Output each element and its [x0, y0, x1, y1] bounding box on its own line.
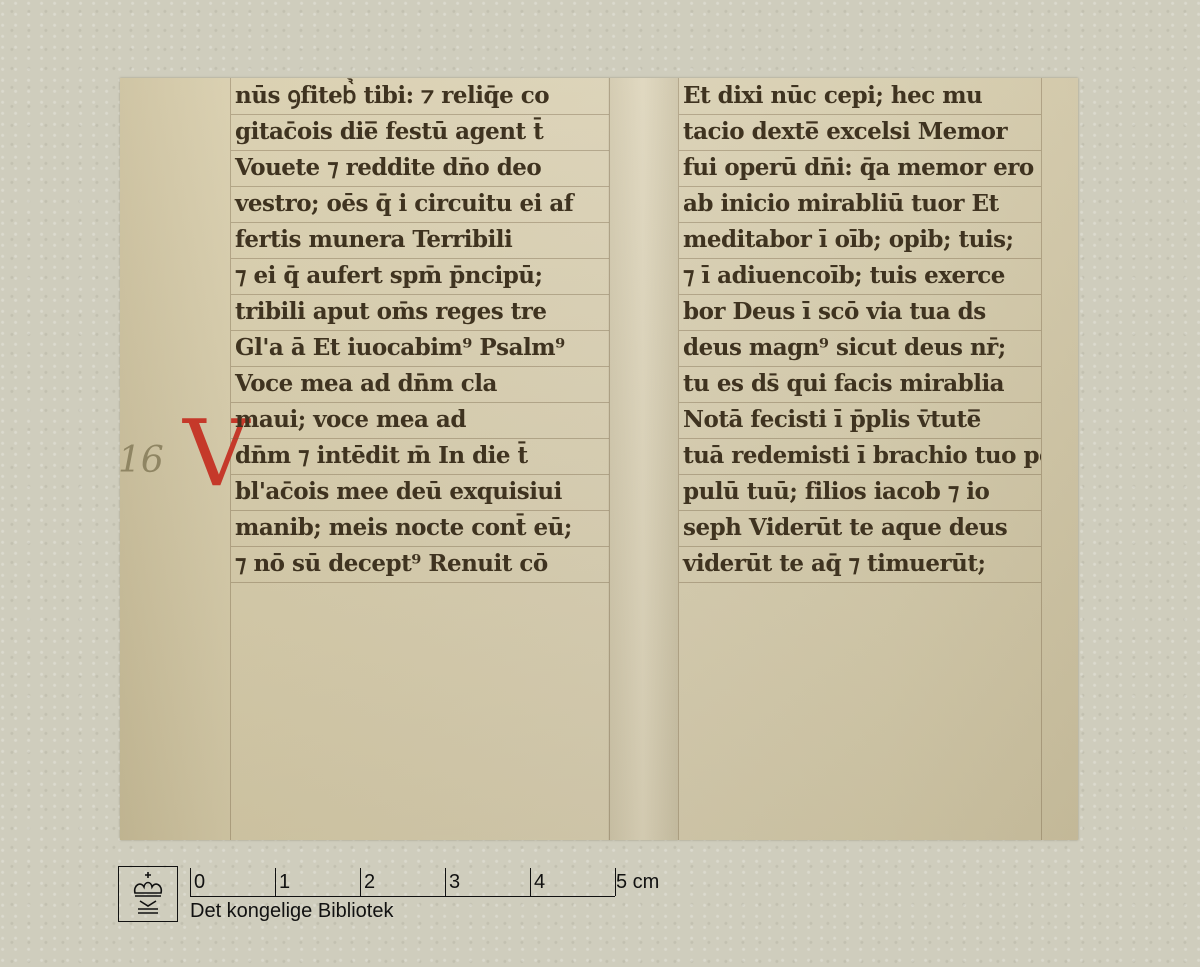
- text-line: deus magn⁹ sicut deus nr̄;: [679, 330, 1041, 367]
- text-line: gitac̄ois die̅ festū agent t̄: [231, 114, 609, 151]
- text-line: tribili aput om̄s reges tre: [231, 294, 609, 331]
- text-line: tacio dexte̅ excelsi Memor: [679, 114, 1041, 151]
- text-line: Voce mea ad dn̄m cla: [231, 366, 609, 403]
- ruler-unit-label: 5 cm: [616, 868, 659, 896]
- ruler-tick: 1: [275, 868, 290, 896]
- centimeter-ruler: 0 1 2 3 4: [190, 868, 615, 897]
- margin-note: 16: [118, 440, 164, 481]
- text-line: Notā fecisti ī p̄plis v̄tute̅: [679, 402, 1041, 439]
- text-line: fui operū dn̄i: q̄a memor ero: [679, 150, 1041, 187]
- text-line: ab inicio mirabliū tuor Et: [679, 186, 1041, 223]
- text-line: maui; voce mea ad: [231, 402, 609, 439]
- text-line: Gl'a ā Et iuocabim⁹ Psalm⁹: [231, 330, 609, 367]
- text-line: nūs ꝯfitebᷣ tibi: ⁊ reliq̄e co: [231, 78, 609, 115]
- text-line: bl'ac̄ois mee deū exquisiui: [231, 474, 609, 511]
- center-fold: [608, 78, 678, 840]
- text-line: manib; meis nocte cont̄ eū;: [231, 510, 609, 547]
- text-line: dn̄m ⁊ intēdit m̄ In die t̄: [231, 438, 609, 475]
- ruler-tick: 0: [190, 868, 205, 896]
- text-line: vestro; oēs q̄ i circuitu ei af: [231, 186, 609, 223]
- text-line: ⁊ ī adiuencoīb; tuis exerce: [679, 258, 1041, 295]
- text-line: viderūt te aq̄ ⁊ timuerūt;: [679, 546, 1041, 583]
- text-line: Vouete ⁊ reddite dn̄o deo: [231, 150, 609, 187]
- text-line: bor Deus ī scō via tua ds: [679, 294, 1041, 331]
- institution-name: Det kongelige Bibliotek: [190, 900, 393, 923]
- right-text-column: Et dixi nūc cepi; hec mu tacio dexte̅ ex…: [678, 78, 1042, 840]
- ruler-tick: 2: [360, 868, 375, 896]
- text-line: tuā redemisti ī brachio tuo po: [679, 438, 1041, 475]
- text-line: Et dixi nūc cepi; hec mu: [679, 78, 1041, 115]
- text-line: seph Viderūt te aque deus: [679, 510, 1041, 547]
- crown-icon: [118, 866, 178, 922]
- text-line: pulū tuū; filios iacob ⁊ io: [679, 474, 1041, 511]
- text-line: meditabor ī oīb; opib; tuis;: [679, 222, 1041, 259]
- ruler-tick: 4: [530, 868, 545, 896]
- text-line: tu es ds̄ qui facis mirablia: [679, 366, 1041, 403]
- text-line: fertis munera Terribili: [231, 222, 609, 259]
- left-text-column: V nūs ꝯfitebᷣ tibi: ⁊ reliq̄e co gitac̄o…: [230, 78, 610, 840]
- ruler-tick: 3: [445, 868, 460, 896]
- scale-footer: 0 1 2 3 4 5 cm Det kongelige Bibliotek: [118, 864, 718, 924]
- text-line: ⁊ nō sū decept⁹ Renuit cō: [231, 546, 609, 583]
- text-line: ⁊ ei q̄ aufert spm̄ p̄ncipū;: [231, 258, 609, 295]
